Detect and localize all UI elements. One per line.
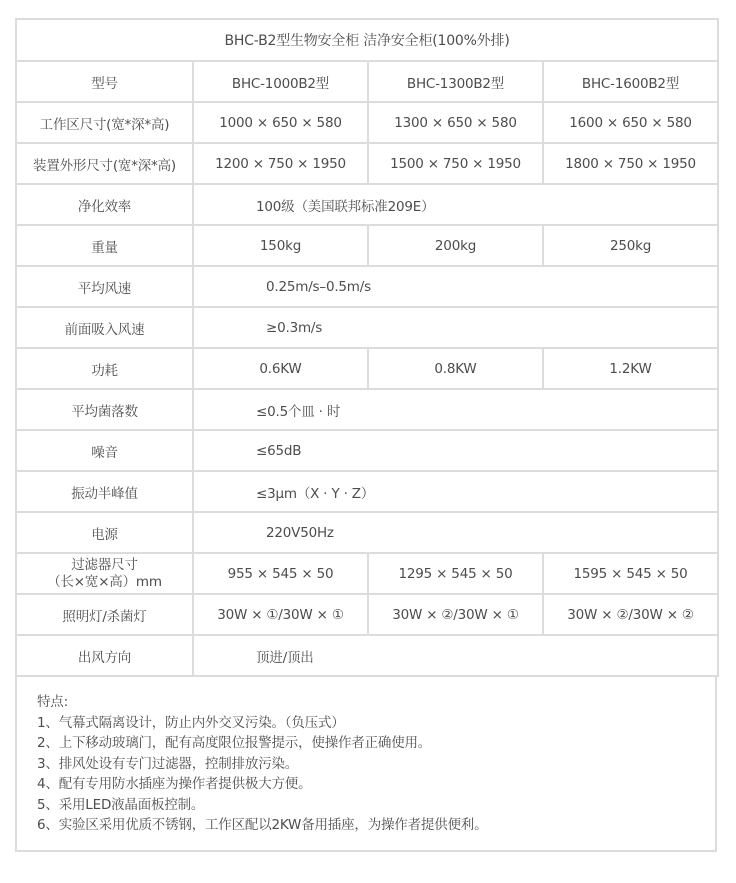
cell-value: 250kg xyxy=(543,225,718,266)
cell-value: ≤3μm（X · Y · Z） xyxy=(193,471,718,512)
cell-value: 150kg xyxy=(193,225,368,266)
row-label-line2: （长×宽×高）mm xyxy=(21,574,188,591)
cell-value: 1.2KW xyxy=(543,348,718,389)
table-row: 出风方向 顶进/顶出 xyxy=(16,635,718,676)
row-label: 照明灯/杀菌灯 xyxy=(16,594,193,635)
cell-value: 220V50Hz xyxy=(193,512,718,553)
feature-item: 2、上下移动玻璃门，配有高度限位报警提示，使操作者正确使用。 xyxy=(37,733,715,754)
cell-value: ≤0.5个皿 · 时 xyxy=(193,389,718,430)
cell-value: 1000 × 650 × 580 xyxy=(193,102,368,143)
table-row: 电源 220V50Hz xyxy=(16,512,718,553)
table-row: 平均菌落数 ≤0.5个皿 · 时 xyxy=(16,389,718,430)
cell-value: 100级（美国联邦标准209E） xyxy=(193,184,718,225)
row-label: 出风方向 xyxy=(16,635,193,676)
feature-item: 6、实验区采用优质不锈钢，工作区配以2KW备用插座，为操作者提供便利。 xyxy=(37,815,715,836)
row-label: 功耗 xyxy=(16,348,193,389)
features-box: 特点: 1、气幕式隔离设计，防止内外交叉污染。（负压式） 2、上下移动玻璃门，配… xyxy=(15,677,717,852)
row-label: 噪音 xyxy=(16,430,193,471)
row-label: 型号 xyxy=(16,61,193,102)
spec-table: BHC-B2型生物安全柜 洁净安全柜(100%外排) 型号 BHC-1000B2… xyxy=(15,18,719,677)
cell-value: 1295 × 545 × 50 xyxy=(368,553,543,594)
feature-item: 1、气幕式隔离设计，防止内外交叉污染。（负压式） xyxy=(37,713,715,734)
cell-value: 955 × 545 × 50 xyxy=(193,553,368,594)
model-header-row: 型号 BHC-1000B2型 BHC-1300B2型 BHC-1600B2型 xyxy=(16,61,718,102)
row-label: 前面吸入风速 xyxy=(16,307,193,348)
model-name: BHC-1600B2型 xyxy=(543,61,718,102)
row-label: 装置外形尺寸(宽*深*高) xyxy=(16,143,193,184)
table-row: 平均风速 0.25m/s–0.5m/s xyxy=(16,266,718,307)
row-label: 平均菌落数 xyxy=(16,389,193,430)
table-row: 工作区尺寸(宽*深*高) 1000 × 650 × 580 1300 × 650… xyxy=(16,102,718,143)
cell-value: ≤65dB xyxy=(193,430,718,471)
model-name: BHC-1300B2型 xyxy=(368,61,543,102)
features-heading: 特点: xyxy=(37,692,715,713)
cell-value: 0.8KW xyxy=(368,348,543,389)
row-label: 振动半峰值 xyxy=(16,471,193,512)
table-title: BHC-B2型生物安全柜 洁净安全柜(100%外排) xyxy=(16,19,718,61)
cell-value: 30W × ①/30W × ① xyxy=(193,594,368,635)
table-row: 装置外形尺寸(宽*深*高) 1200 × 750 × 1950 1500 × 7… xyxy=(16,143,718,184)
cell-value: 顶进/顶出 xyxy=(193,635,718,676)
cell-value: 1800 × 750 × 1950 xyxy=(543,143,718,184)
table-row: 过滤器尺寸 （长×宽×高）mm 955 × 545 × 50 1295 × 54… xyxy=(16,553,718,594)
cell-value: 1200 × 750 × 1950 xyxy=(193,143,368,184)
table-row: 噪音 ≤65dB xyxy=(16,430,718,471)
model-name: BHC-1000B2型 xyxy=(193,61,368,102)
table-row: 前面吸入风速 ≥0.3m/s xyxy=(16,307,718,348)
row-label: 工作区尺寸(宽*深*高) xyxy=(16,102,193,143)
title-row: BHC-B2型生物安全柜 洁净安全柜(100%外排) xyxy=(16,19,718,61)
cell-value: 1600 × 650 × 580 xyxy=(543,102,718,143)
cell-value: 1595 × 545 × 50 xyxy=(543,553,718,594)
row-label: 平均风速 xyxy=(16,266,193,307)
feature-item: 5、采用LED液晶面板控制。 xyxy=(37,795,715,816)
table-row: 重量 150kg 200kg 250kg xyxy=(16,225,718,266)
cell-value: 1500 × 750 × 1950 xyxy=(368,143,543,184)
feature-item: 4、配有专用防水插座为操作者提供极大方便。 xyxy=(37,774,715,795)
row-label-line1: 过滤器尺寸 xyxy=(21,557,188,574)
row-label: 重量 xyxy=(16,225,193,266)
row-label: 过滤器尺寸 （长×宽×高）mm xyxy=(16,553,193,594)
cell-value: 0.25m/s–0.5m/s xyxy=(193,266,718,307)
table-row: 振动半峰值 ≤3μm（X · Y · Z） xyxy=(16,471,718,512)
table-row: 照明灯/杀菌灯 30W × ①/30W × ① 30W × ②/30W × ① … xyxy=(16,594,718,635)
table-row: 功耗 0.6KW 0.8KW 1.2KW xyxy=(16,348,718,389)
cell-value: ≥0.3m/s xyxy=(193,307,718,348)
cell-value: 1300 × 650 × 580 xyxy=(368,102,543,143)
table-row: 净化效率 100级（美国联邦标准209E） xyxy=(16,184,718,225)
row-label: 电源 xyxy=(16,512,193,553)
row-label: 净化效率 xyxy=(16,184,193,225)
cell-value: 200kg xyxy=(368,225,543,266)
cell-value: 0.6KW xyxy=(193,348,368,389)
feature-item: 3、排风处设有专门过滤器，控制排放污染。 xyxy=(37,754,715,775)
cell-value: 30W × ②/30W × ② xyxy=(543,594,718,635)
spec-sheet: BHC-B2型生物安全柜 洁净安全柜(100%外排) 型号 BHC-1000B2… xyxy=(15,18,717,852)
cell-value: 30W × ②/30W × ① xyxy=(368,594,543,635)
